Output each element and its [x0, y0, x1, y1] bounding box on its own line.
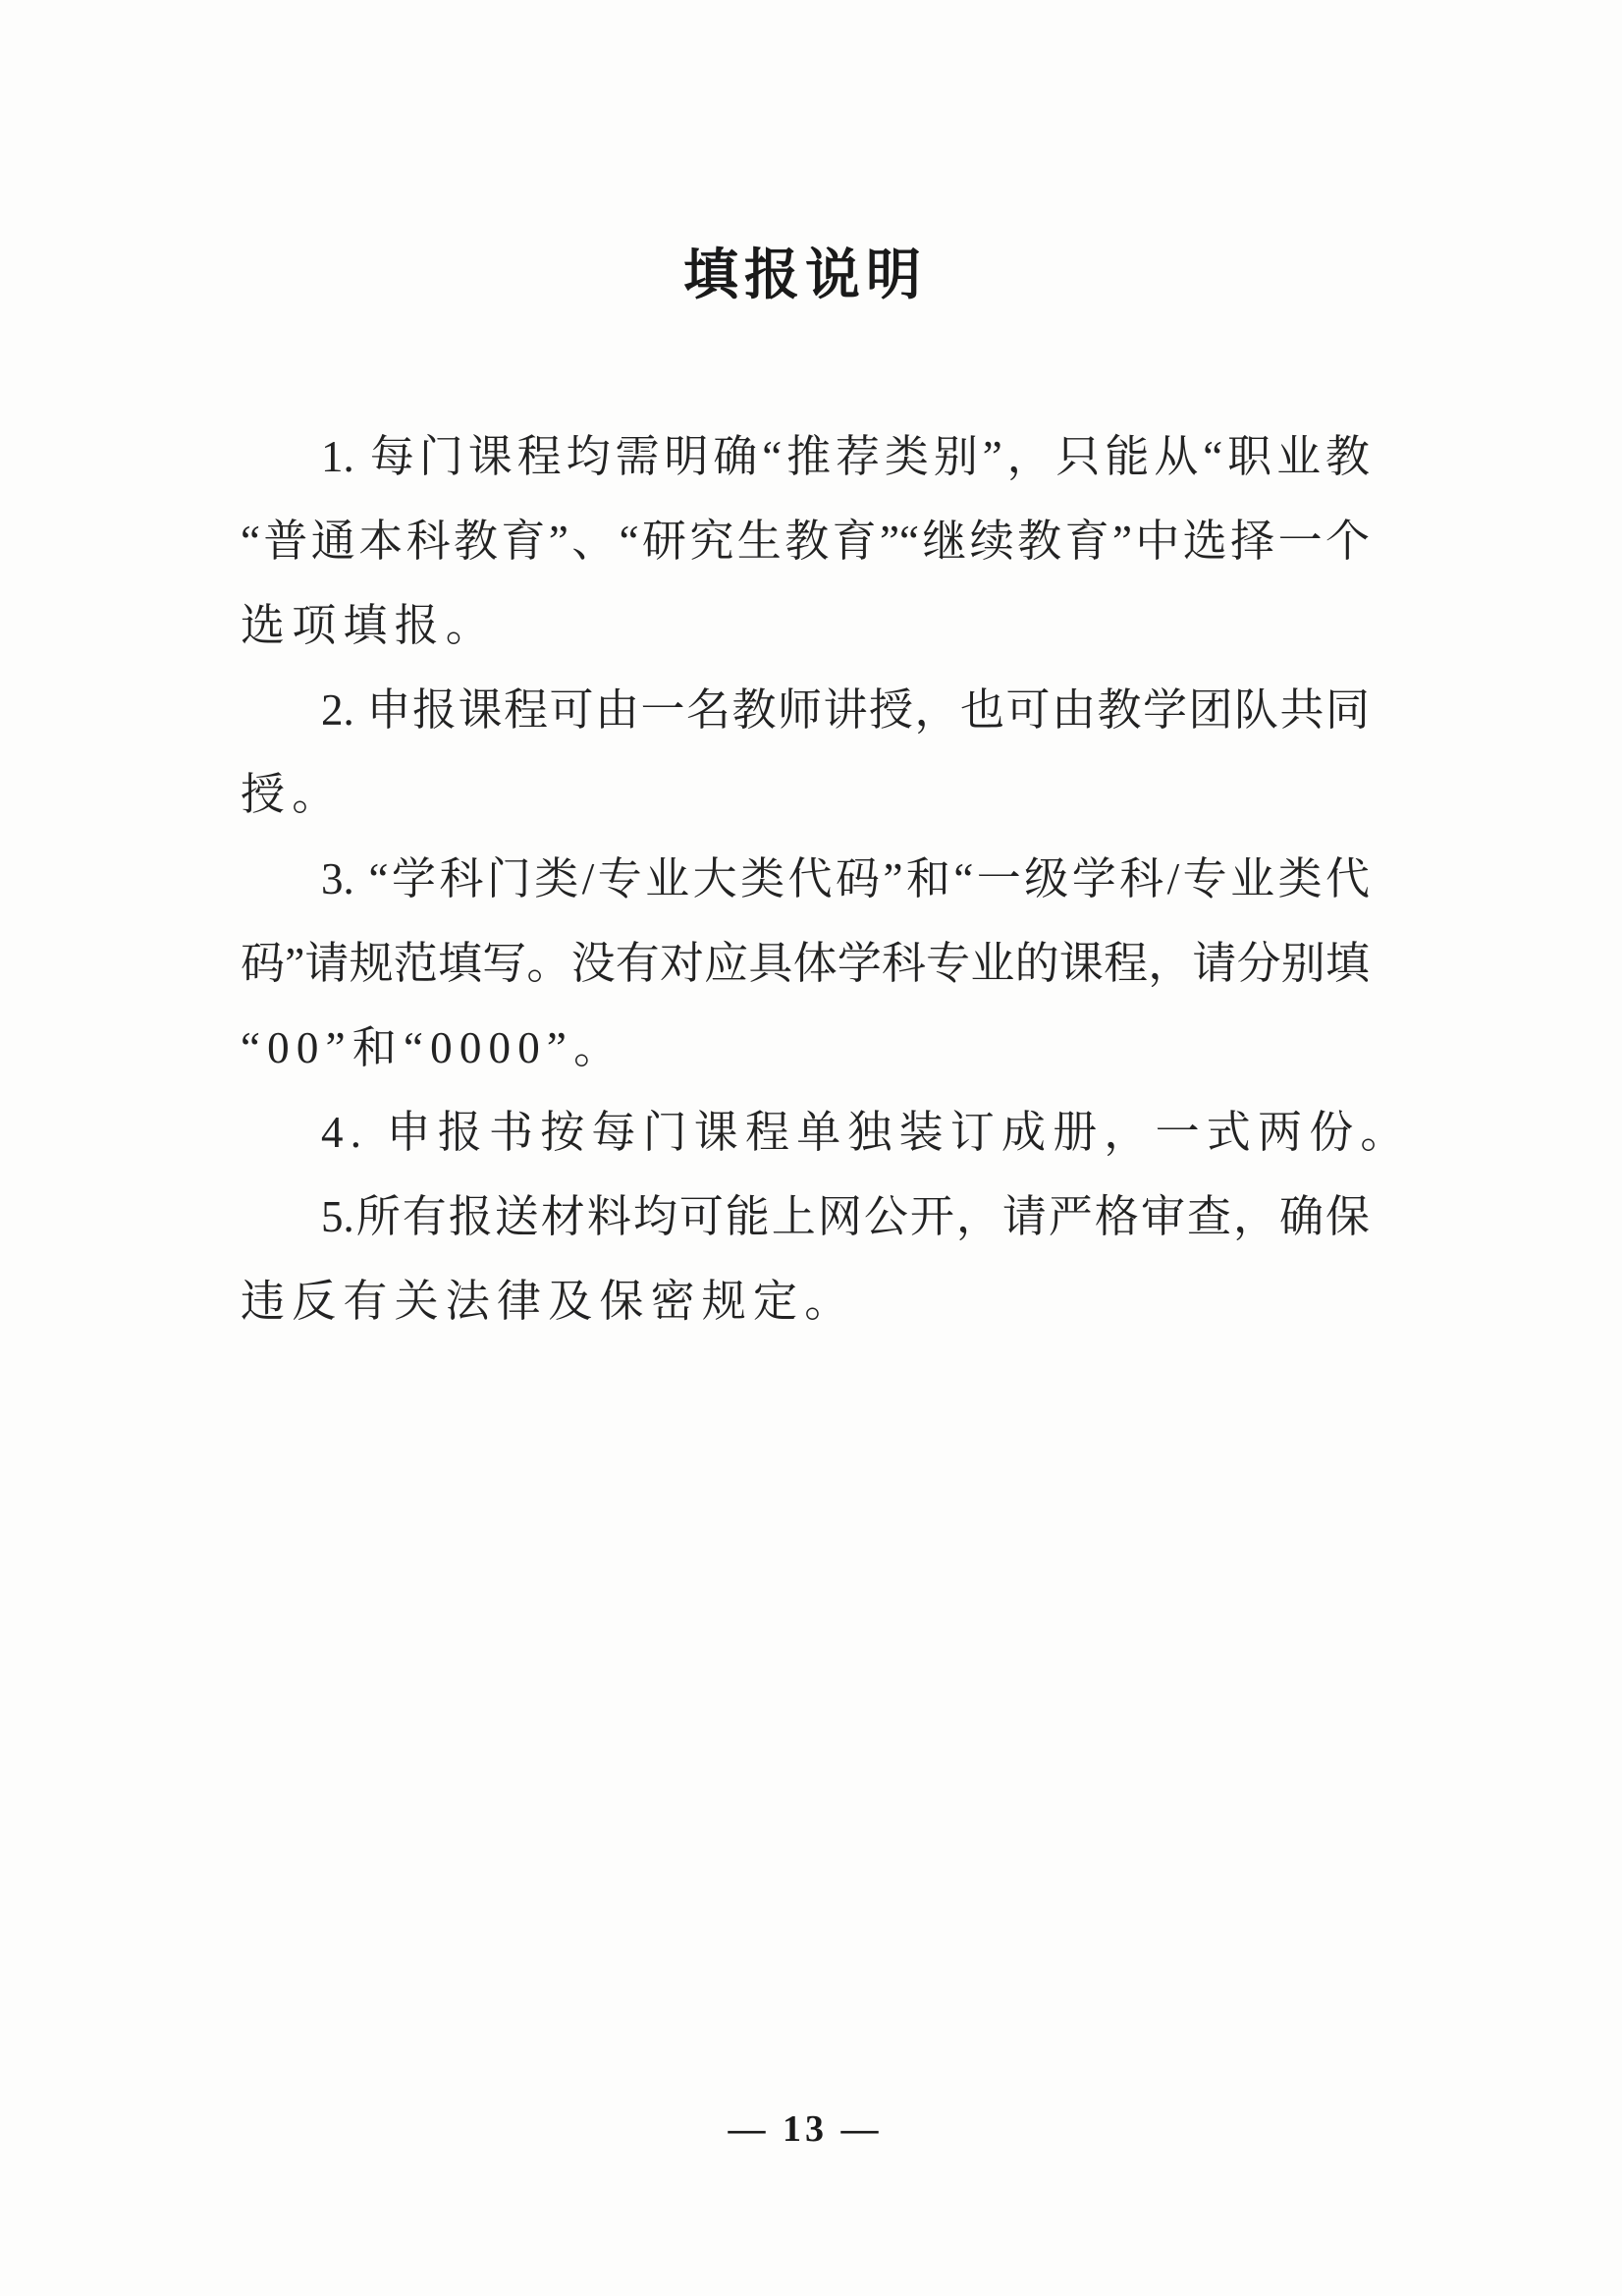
instruction-line: 违反有关法律及保密规定。	[241, 1259, 1370, 1343]
instruction-line: 2. 申报课程可由一名教师讲授，也可由教学团队共同讲	[241, 668, 1370, 752]
instructions: 1. 每门课程均需明确“推荐类别”，只能从“职业教育”、 “普通本科教育”、“研…	[241, 414, 1370, 1343]
instruction-line: “普通本科教育”、“研究生教育”“继续教育”中选择一个	[241, 499, 1370, 583]
instruction-line: 选项填报。	[241, 583, 1370, 668]
instruction-line: “00”和“0000”。	[241, 1006, 1370, 1090]
instruction-line: 4. 申报书按每门课程单独装订成册，一式两份。	[241, 1090, 1370, 1175]
instruction-line: 码”请规范填写。没有对应具体学科专业的课程，请分别填写	[241, 921, 1370, 1006]
instruction-line: 1. 每门课程均需明确“推荐类别”，只能从“职业教育”、	[241, 414, 1370, 499]
instruction-line: 3. “学科门类/专业大类代码”和“一级学科/专业类代	[241, 837, 1370, 921]
instruction-line: 5.所有报送材料均可能上网公开，请严格审查，确保不	[241, 1175, 1370, 1259]
page-number: — 13 —	[241, 2107, 1370, 2151]
document-page: 填报说明 1. 每门课程均需明确“推荐类别”，只能从“职业教育”、 “普通本科教…	[0, 0, 1622, 2296]
instruction-line: 授。	[241, 752, 1370, 837]
page-title: 填报说明	[241, 244, 1370, 308]
